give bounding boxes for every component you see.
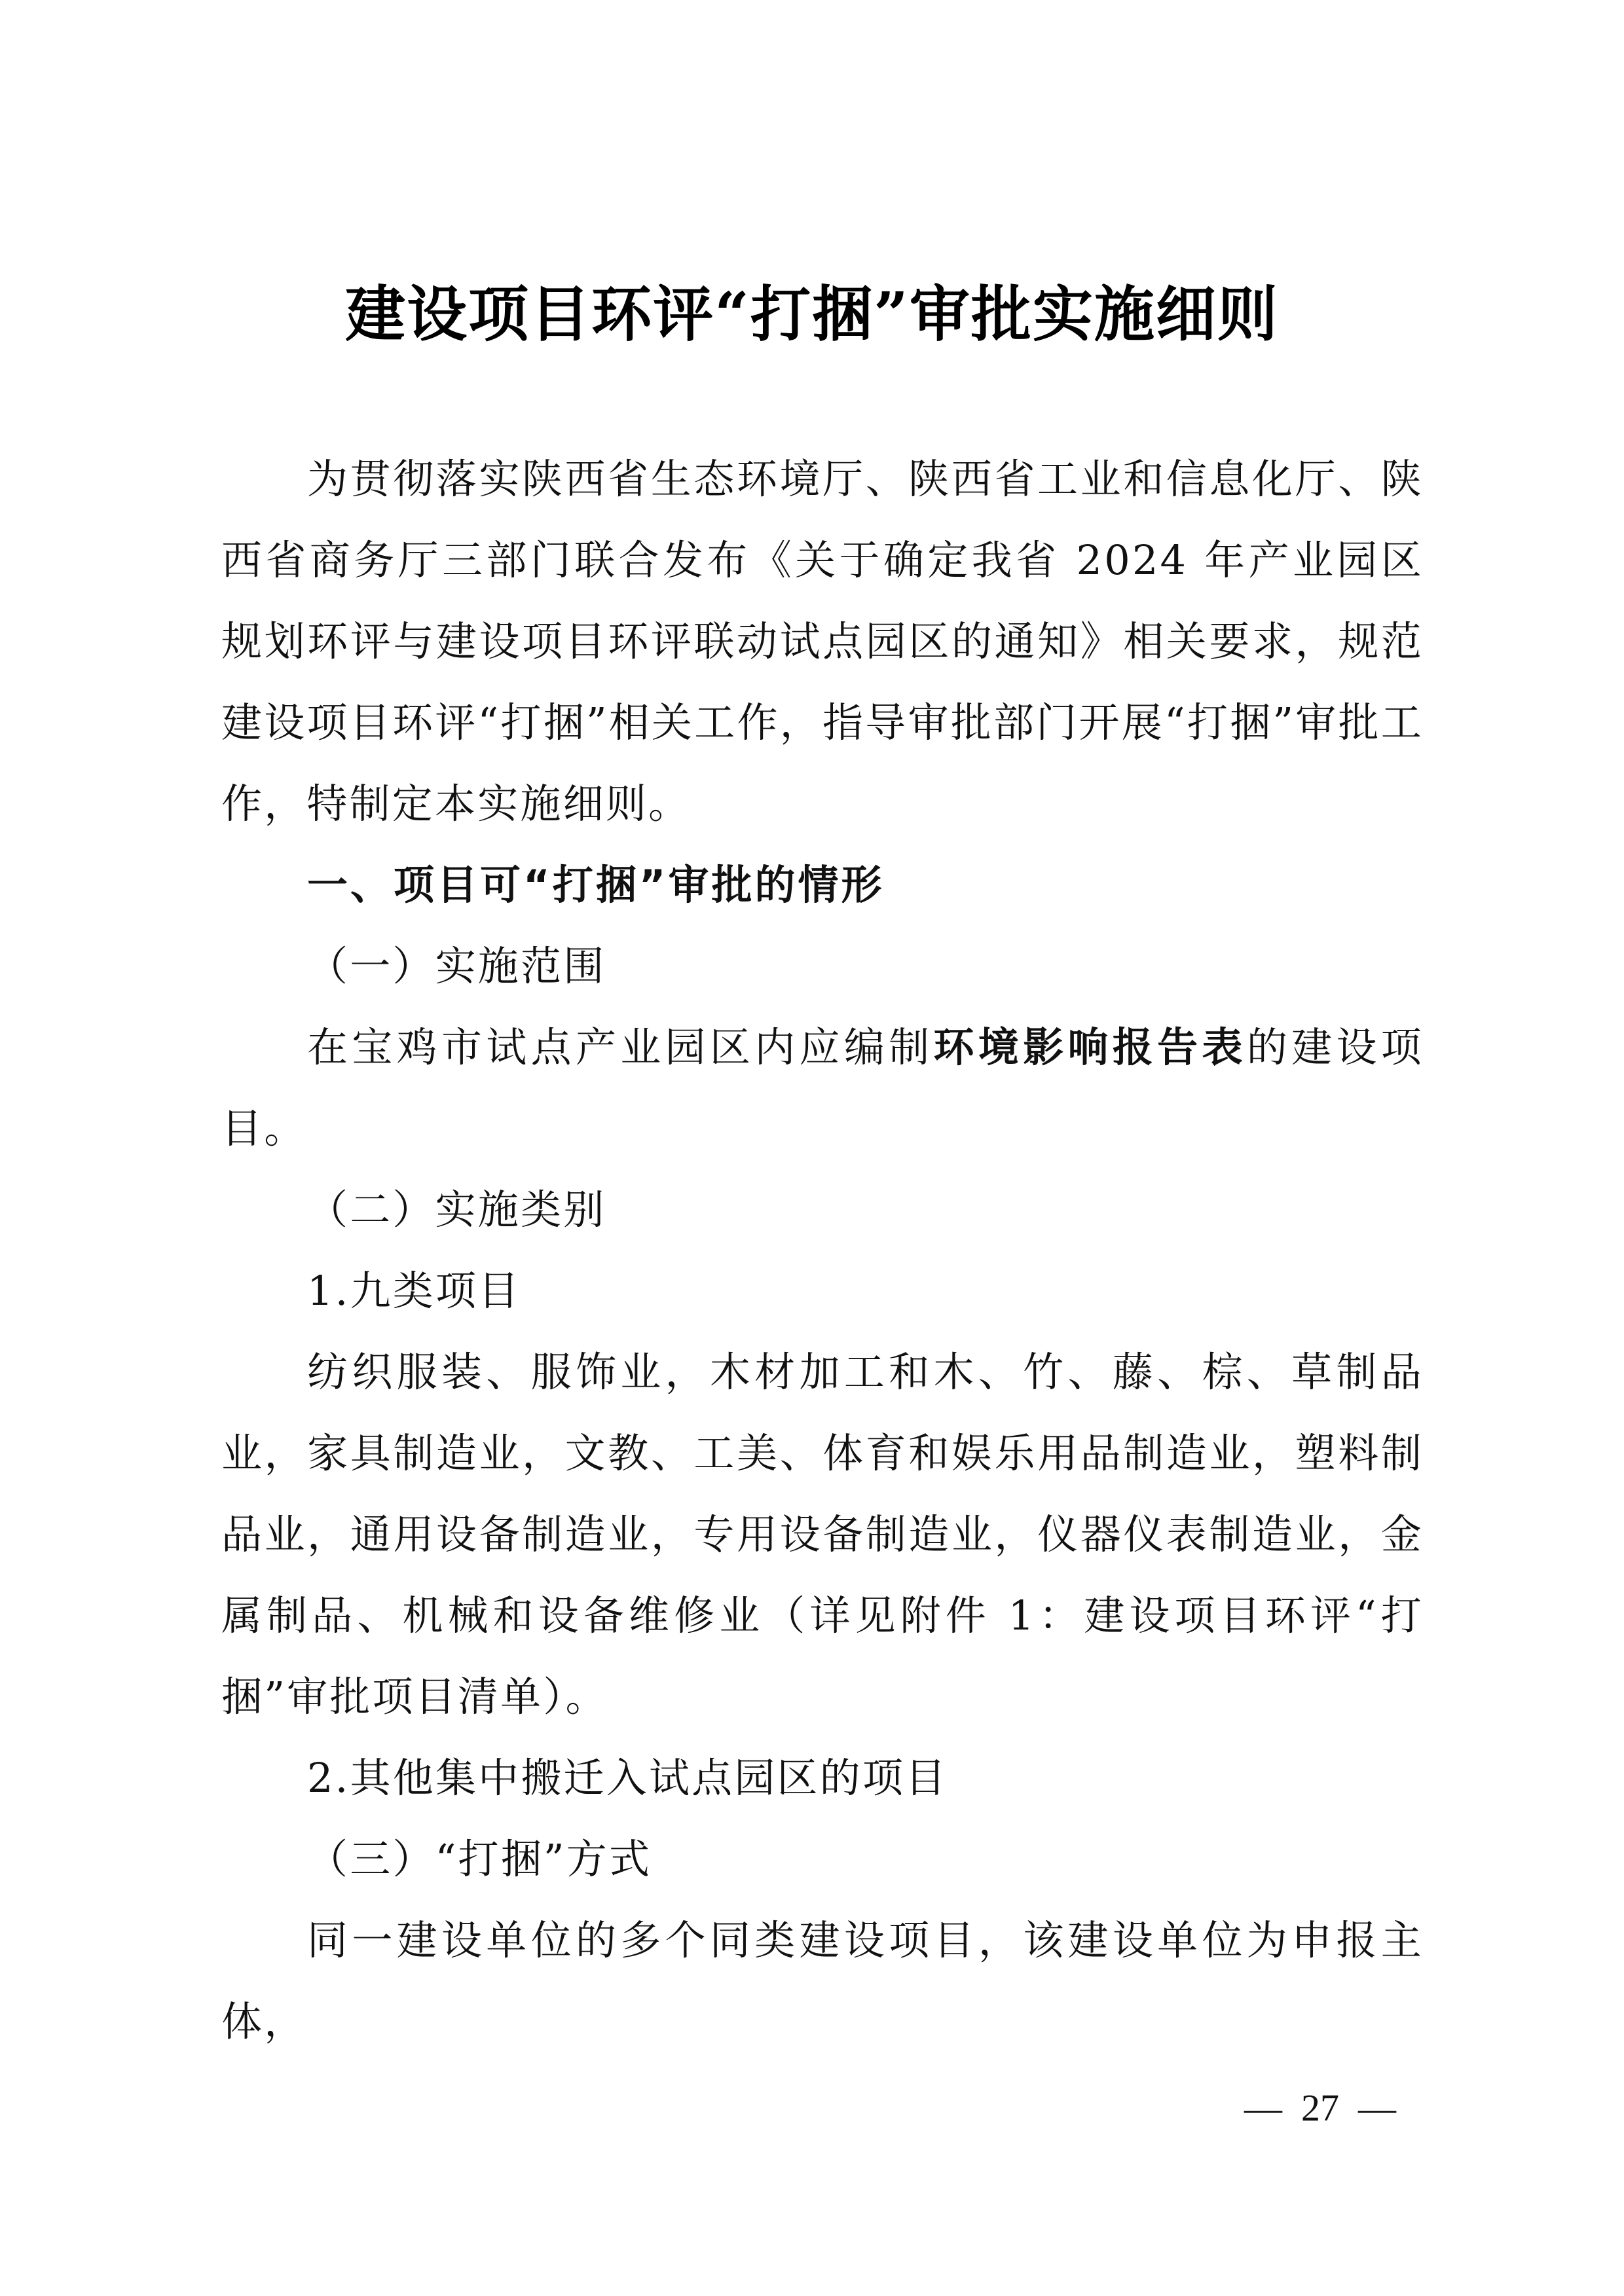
scope-text-before: 在宝鸡市试点产业园区内应编制 [307, 1023, 934, 1071]
subsection-heading-scope: （一）实施范围 [221, 926, 1424, 1007]
intro-paragraph: 为贯彻落实陕西省生态环境厅、陕西省工业和信息化厅、陕西省商务厅三部门联合发布《关… [221, 439, 1424, 845]
scope-paragraph: 在宝鸡市试点产业园区内应编制环境影响报告表的建设项目。 [221, 1007, 1424, 1169]
document-body: 为贯彻落实陕西省生态环境厅、陕西省工业和信息化厅、陕西省商务厅三部门联合发布《关… [221, 439, 1424, 2062]
section-heading-1: 一、项目可“打捆”审批的情形 [221, 845, 1424, 926]
scope-text-emphasis: 环境影响报告表 [934, 1023, 1247, 1071]
document-title: 建设项目环评“打捆”审批实施细则 [0, 275, 1624, 354]
item-heading-nine-categories: 1.九类项目 [221, 1250, 1424, 1332]
bundling-method-paragraph: 同一建设单位的多个同类建设项目，该建设单位为申报主体， [221, 1900, 1424, 2062]
subsection-heading-bundling-method: （三）“打捆”方式 [221, 1819, 1424, 1900]
subsection-heading-categories: （二）实施类别 [221, 1169, 1424, 1250]
document-page: 建设项目环评“打捆”审批实施细则 为贯彻落实陕西省生态环境厅、陕西省工业和信息化… [0, 0, 1624, 2296]
page-number: — 27 — [1244, 2085, 1396, 2131]
nine-categories-paragraph: 纺织服装、服饰业，木材加工和木、竹、藤、棕、草制品业，家具制造业，文教、工美、体… [221, 1332, 1424, 1738]
item-heading-relocated-projects: 2.其他集中搬迁入试点园区的项目 [221, 1738, 1424, 1819]
